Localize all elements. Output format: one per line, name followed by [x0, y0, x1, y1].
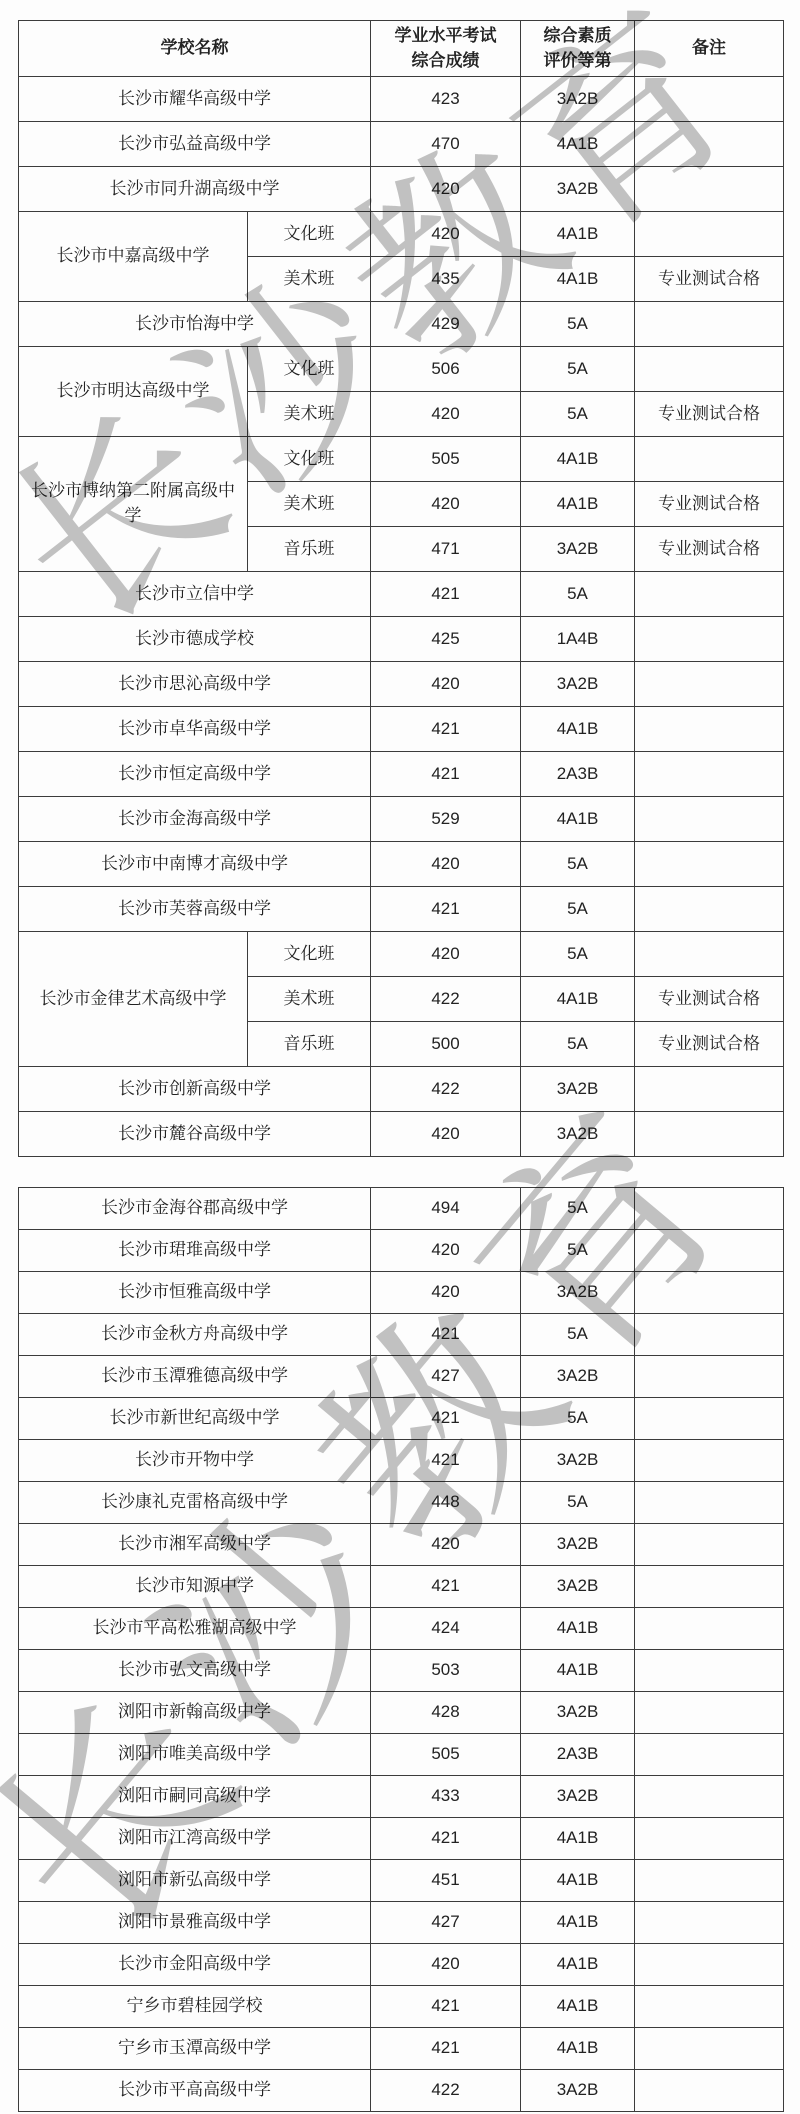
grade-cell: 4A1B — [521, 212, 635, 257]
remark-cell — [635, 347, 784, 392]
header-row: 学校名称 学业水平考试综合成绩 综合素质评价等第 备注 — [19, 21, 784, 77]
score-cell: 505 — [371, 1734, 521, 1776]
remark-cell: 专业测试合格 — [635, 1022, 784, 1067]
header-grade-line2: 评价等第 — [544, 51, 612, 70]
remark-cell — [635, 2070, 784, 2112]
remark-cell — [635, 1818, 784, 1860]
grade-cell: 5A — [521, 1022, 635, 1067]
table-row: 浏阳市新弘高级中学4514A1B — [19, 1860, 784, 1902]
score-cell: 421 — [371, 1986, 521, 2028]
grade-cell: 5A — [521, 887, 635, 932]
grade-cell: 4A1B — [521, 1818, 635, 1860]
score-cell: 420 — [371, 1112, 521, 1157]
remark-cell — [635, 1067, 784, 1112]
table-row: 宁乡市玉潭高级中学4214A1B — [19, 2028, 784, 2070]
remark-cell — [635, 2028, 784, 2070]
school-name-cell: 长沙市中南博才高级中学 — [19, 842, 371, 887]
remark-cell — [635, 1608, 784, 1650]
admission-results-table-2: 长沙市金海谷郡高级中学4945A长沙市珺琟高级中学4205A长沙市恒雅高级中学4… — [18, 1187, 784, 2112]
school-name-cell: 长沙市弘益高级中学 — [19, 122, 371, 167]
table-row: 长沙市金海谷郡高级中学4945A — [19, 1188, 784, 1230]
score-cell: 427 — [371, 1902, 521, 1944]
table-row: 长沙市恒定高级中学4212A3B — [19, 752, 784, 797]
score-cell: 506 — [371, 347, 521, 392]
grade-cell: 5A — [521, 347, 635, 392]
class-name-cell: 音乐班 — [248, 1022, 371, 1067]
remark-cell: 专业测试合格 — [635, 527, 784, 572]
table-row: 长沙市恒雅高级中学4203A2B — [19, 1272, 784, 1314]
class-name-cell: 音乐班 — [248, 527, 371, 572]
table-row: 长沙市平高高级中学4223A2B — [19, 2070, 784, 2112]
table-row: 长沙市平高松雅湖高级中学4244A1B — [19, 1608, 784, 1650]
class-name-cell: 美术班 — [248, 482, 371, 527]
grade-cell: 4A1B — [521, 797, 635, 842]
school-name-cell: 长沙市麓谷高级中学 — [19, 1112, 371, 1157]
school-name-cell: 长沙市恒定高级中学 — [19, 752, 371, 797]
score-cell: 503 — [371, 1650, 521, 1692]
score-cell: 421 — [371, 1818, 521, 1860]
grade-cell: 4A1B — [521, 257, 635, 302]
grade-cell: 4A1B — [521, 1650, 635, 1692]
school-name-cell: 长沙市明达高级中学 — [19, 347, 248, 437]
grade-cell: 5A — [521, 392, 635, 437]
grade-cell: 3A2B — [521, 662, 635, 707]
school-name-cell: 长沙市开物中学 — [19, 1440, 371, 1482]
grade-cell: 5A — [521, 932, 635, 977]
score-cell: 433 — [371, 1776, 521, 1818]
table-row: 长沙市博纳第二附属高级中学文化班5054A1B — [19, 437, 784, 482]
class-name-cell: 文化班 — [248, 212, 371, 257]
remark-cell — [635, 212, 784, 257]
table-gap — [0, 1157, 800, 1187]
score-cell: 421 — [371, 1566, 521, 1608]
score-cell: 420 — [371, 1944, 521, 1986]
table-row: 长沙市新世纪高级中学4215A — [19, 1398, 784, 1440]
grade-cell: 4A1B — [521, 1860, 635, 1902]
remark-cell — [635, 1112, 784, 1157]
school-name-cell: 浏阳市唯美高级中学 — [19, 1734, 371, 1776]
header-school-name: 学校名称 — [19, 21, 371, 77]
score-cell: 425 — [371, 617, 521, 662]
score-cell: 420 — [371, 392, 521, 437]
score-cell: 421 — [371, 1398, 521, 1440]
school-name-cell: 浏阳市新翰高级中学 — [19, 1692, 371, 1734]
school-name-cell: 长沙市金海高级中学 — [19, 797, 371, 842]
remark-cell — [635, 572, 784, 617]
school-name-cell: 长沙市金律艺术高级中学 — [19, 932, 248, 1067]
school-name-cell: 长沙市知源中学 — [19, 1566, 371, 1608]
table-row: 宁乡市碧桂园学校4214A1B — [19, 1986, 784, 2028]
remark-cell — [635, 797, 784, 842]
table-row: 浏阳市新翰高级中学4283A2B — [19, 1692, 784, 1734]
remark-cell — [635, 167, 784, 212]
remark-cell — [635, 122, 784, 167]
header-score-line2: 综合成绩 — [412, 51, 480, 70]
header-score-line1: 学业水平考试 — [395, 26, 497, 45]
score-cell: 435 — [371, 257, 521, 302]
table-row: 长沙市创新高级中学4223A2B — [19, 1067, 784, 1112]
grade-cell: 3A2B — [521, 2070, 635, 2112]
score-cell: 422 — [371, 977, 521, 1022]
table-row: 长沙市金秋方舟高级中学4215A — [19, 1314, 784, 1356]
score-cell: 470 — [371, 122, 521, 167]
grade-cell: 3A2B — [521, 527, 635, 572]
table-row: 长沙市中南博才高级中学4205A — [19, 842, 784, 887]
school-name-cell: 长沙市平高高级中学 — [19, 2070, 371, 2112]
table-row: 长沙市弘文高级中学5034A1B — [19, 1650, 784, 1692]
table-row: 长沙市德成学校4251A4B — [19, 617, 784, 662]
remark-cell: 专业测试合格 — [635, 392, 784, 437]
table-row: 长沙市中嘉高级中学文化班4204A1B — [19, 212, 784, 257]
grade-cell: 4A1B — [521, 1986, 635, 2028]
remark-cell — [635, 1524, 784, 1566]
remark-cell — [635, 1188, 784, 1230]
table-row: 浏阳市景雅高级中学4274A1B — [19, 1902, 784, 1944]
remark-cell — [635, 1482, 784, 1524]
class-name-cell: 美术班 — [248, 392, 371, 437]
top-margin — [0, 0, 800, 20]
table-row: 长沙市立信中学4215A — [19, 572, 784, 617]
score-cell: 420 — [371, 662, 521, 707]
table-row: 长沙市金阳高级中学4204A1B — [19, 1944, 784, 1986]
score-cell: 471 — [371, 527, 521, 572]
grade-cell: 3A2B — [521, 1440, 635, 1482]
score-cell: 420 — [371, 167, 521, 212]
remark-cell: 专业测试合格 — [635, 482, 784, 527]
grade-cell: 4A1B — [521, 707, 635, 752]
remark-cell — [635, 1650, 784, 1692]
school-name-cell: 长沙市新世纪高级中学 — [19, 1398, 371, 1440]
remark-cell — [635, 1944, 784, 1986]
school-name-cell: 浏阳市景雅高级中学 — [19, 1902, 371, 1944]
school-name-cell: 浏阳市江湾高级中学 — [19, 1818, 371, 1860]
remark-cell — [635, 1398, 784, 1440]
grade-cell: 4A1B — [521, 437, 635, 482]
page: 长沙教育 长沙教育 学校名称 学业水平考试综合成绩 综合素质评价等第 备注 长沙… — [0, 0, 800, 2114]
grade-cell: 4A1B — [521, 1944, 635, 1986]
score-cell: 421 — [371, 1314, 521, 1356]
score-cell: 421 — [371, 887, 521, 932]
grade-cell: 2A3B — [521, 752, 635, 797]
school-name-cell: 长沙市博纳第二附属高级中学 — [19, 437, 248, 572]
school-name-cell: 长沙市立信中学 — [19, 572, 371, 617]
table-row: 长沙市怡海中学4295A — [19, 302, 784, 347]
score-cell: 422 — [371, 1067, 521, 1112]
table-row: 长沙市卓华高级中学4214A1B — [19, 707, 784, 752]
score-cell: 421 — [371, 2028, 521, 2070]
grade-cell: 3A2B — [521, 1524, 635, 1566]
score-cell: 423 — [371, 77, 521, 122]
grade-cell: 3A2B — [521, 1566, 635, 1608]
score-cell: 424 — [371, 1608, 521, 1650]
score-cell: 451 — [371, 1860, 521, 1902]
school-name-cell: 长沙市珺琟高级中学 — [19, 1230, 371, 1272]
school-name-cell: 长沙市怡海中学 — [19, 302, 371, 347]
remark-cell — [635, 1314, 784, 1356]
remark-cell — [635, 932, 784, 977]
score-cell: 421 — [371, 707, 521, 752]
score-cell: 422 — [371, 2070, 521, 2112]
remark-cell — [635, 1272, 784, 1314]
grade-cell: 5A — [521, 572, 635, 617]
grade-cell: 3A2B — [521, 167, 635, 212]
table-row: 长沙康礼克雷格高级中学4485A — [19, 1482, 784, 1524]
remark-cell — [635, 77, 784, 122]
score-cell: 428 — [371, 1692, 521, 1734]
score-cell: 421 — [371, 572, 521, 617]
score-cell: 420 — [371, 1230, 521, 1272]
grade-cell: 5A — [521, 842, 635, 887]
grade-cell: 5A — [521, 1188, 635, 1230]
remark-cell — [635, 1230, 784, 1272]
header-grade-line1: 综合素质 — [544, 26, 612, 45]
table-row: 长沙市玉潭雅德高级中学4273A2B — [19, 1356, 784, 1398]
table-row: 长沙市珺琟高级中学4205A — [19, 1230, 784, 1272]
grade-cell: 5A — [521, 1482, 635, 1524]
table-2-body: 长沙市金海谷郡高级中学4945A长沙市珺琟高级中学4205A长沙市恒雅高级中学4… — [19, 1188, 784, 2112]
school-name-cell: 宁乡市碧桂园学校 — [19, 1986, 371, 2028]
grade-cell: 5A — [521, 1398, 635, 1440]
score-cell: 494 — [371, 1188, 521, 1230]
table-row: 长沙市湘军高级中学4203A2B — [19, 1524, 784, 1566]
remark-cell: 专业测试合格 — [635, 257, 784, 302]
school-name-cell: 长沙市耀华高级中学 — [19, 77, 371, 122]
grade-cell: 4A1B — [521, 482, 635, 527]
remark-cell — [635, 1356, 784, 1398]
grade-cell: 3A2B — [521, 1692, 635, 1734]
grade-cell: 4A1B — [521, 2028, 635, 2070]
school-name-cell: 长沙市创新高级中学 — [19, 1067, 371, 1112]
table-row: 长沙市金律艺术高级中学文化班4205A — [19, 932, 784, 977]
grade-cell: 3A2B — [521, 1272, 635, 1314]
remark-cell — [635, 437, 784, 482]
remark-cell — [635, 1860, 784, 1902]
school-name-cell: 长沙市玉潭雅德高级中学 — [19, 1356, 371, 1398]
grade-cell: 3A2B — [521, 1356, 635, 1398]
remark-cell: 专业测试合格 — [635, 977, 784, 1022]
header-remark: 备注 — [635, 21, 784, 77]
table-row: 浏阳市嗣同高级中学4333A2B — [19, 1776, 784, 1818]
remark-cell — [635, 842, 784, 887]
grade-cell: 4A1B — [521, 1902, 635, 1944]
grade-cell: 4A1B — [521, 1608, 635, 1650]
score-cell: 505 — [371, 437, 521, 482]
school-name-cell: 长沙市弘文高级中学 — [19, 1650, 371, 1692]
table-1-body: 长沙市耀华高级中学4233A2B长沙市弘益高级中学4704A1B长沙市同升湖高级… — [19, 77, 784, 1157]
remark-cell — [635, 752, 784, 797]
remark-cell — [635, 1734, 784, 1776]
score-cell: 529 — [371, 797, 521, 842]
grade-cell: 1A4B — [521, 617, 635, 662]
table-row: 长沙市知源中学4213A2B — [19, 1566, 784, 1608]
score-cell: 420 — [371, 212, 521, 257]
header-remark-label: 备注 — [692, 38, 726, 57]
score-cell: 420 — [371, 1524, 521, 1566]
school-name-cell: 长沙市中嘉高级中学 — [19, 212, 248, 302]
table-row: 长沙市耀华高级中学4233A2B — [19, 77, 784, 122]
grade-cell: 4A1B — [521, 977, 635, 1022]
school-name-cell: 长沙市平高松雅湖高级中学 — [19, 1608, 371, 1650]
score-cell: 420 — [371, 932, 521, 977]
class-name-cell: 文化班 — [248, 437, 371, 482]
remark-cell — [635, 617, 784, 662]
grade-cell: 5A — [521, 302, 635, 347]
score-cell: 429 — [371, 302, 521, 347]
score-cell: 448 — [371, 1482, 521, 1524]
school-name-cell: 浏阳市嗣同高级中学 — [19, 1776, 371, 1818]
remark-cell — [635, 1986, 784, 2028]
remark-cell — [635, 1440, 784, 1482]
score-cell: 420 — [371, 1272, 521, 1314]
table-row: 长沙市明达高级中学文化班5065A — [19, 347, 784, 392]
school-name-cell: 长沙康礼克雷格高级中学 — [19, 1482, 371, 1524]
class-name-cell: 美术班 — [248, 257, 371, 302]
remark-cell — [635, 1692, 784, 1734]
grade-cell: 3A2B — [521, 1112, 635, 1157]
header-quality-grade: 综合素质评价等第 — [521, 21, 635, 77]
table-row: 浏阳市唯美高级中学5052A3B — [19, 1734, 784, 1776]
class-name-cell: 文化班 — [248, 932, 371, 977]
table-row: 长沙市芙蓉高级中学4215A — [19, 887, 784, 932]
school-name-cell: 长沙市金海谷郡高级中学 — [19, 1188, 371, 1230]
table-row: 长沙市思沁高级中学4203A2B — [19, 662, 784, 707]
class-name-cell: 文化班 — [248, 347, 371, 392]
school-name-cell: 长沙市芙蓉高级中学 — [19, 887, 371, 932]
admission-results-table-1: 学校名称 学业水平考试综合成绩 综合素质评价等第 备注 长沙市耀华高级中学423… — [18, 20, 784, 1157]
grade-cell: 2A3B — [521, 1734, 635, 1776]
remark-cell — [635, 1566, 784, 1608]
remark-cell — [635, 662, 784, 707]
score-cell: 421 — [371, 1440, 521, 1482]
school-name-cell: 长沙市恒雅高级中学 — [19, 1272, 371, 1314]
table-row: 长沙市同升湖高级中学4203A2B — [19, 167, 784, 212]
school-name-cell: 长沙市金秋方舟高级中学 — [19, 1314, 371, 1356]
grade-cell: 5A — [521, 1230, 635, 1272]
grade-cell: 3A2B — [521, 77, 635, 122]
remark-cell — [635, 302, 784, 347]
remark-cell — [635, 887, 784, 932]
grade-cell: 5A — [521, 1314, 635, 1356]
remark-cell — [635, 707, 784, 752]
school-name-cell: 长沙市金阳高级中学 — [19, 1944, 371, 1986]
score-cell: 427 — [371, 1356, 521, 1398]
school-name-cell: 宁乡市玉潭高级中学 — [19, 2028, 371, 2070]
school-name-cell: 长沙市德成学校 — [19, 617, 371, 662]
score-cell: 420 — [371, 842, 521, 887]
score-cell: 421 — [371, 752, 521, 797]
table-row: 浏阳市江湾高级中学4214A1B — [19, 1818, 784, 1860]
table-row: 长沙市金海高级中学5294A1B — [19, 797, 784, 842]
school-name-cell: 浏阳市新弘高级中学 — [19, 1860, 371, 1902]
school-name-cell: 长沙市湘军高级中学 — [19, 1524, 371, 1566]
school-name-cell: 长沙市同升湖高级中学 — [19, 167, 371, 212]
remark-cell — [635, 1776, 784, 1818]
school-name-cell: 长沙市卓华高级中学 — [19, 707, 371, 752]
score-cell: 500 — [371, 1022, 521, 1067]
table-row: 长沙市开物中学4213A2B — [19, 1440, 784, 1482]
grade-cell: 3A2B — [521, 1776, 635, 1818]
header-exam-score: 学业水平考试综合成绩 — [371, 21, 521, 77]
grade-cell: 3A2B — [521, 1067, 635, 1112]
table-row: 长沙市弘益高级中学4704A1B — [19, 122, 784, 167]
grade-cell: 4A1B — [521, 122, 635, 167]
class-name-cell: 美术班 — [248, 977, 371, 1022]
table-row: 长沙市麓谷高级中学4203A2B — [19, 1112, 784, 1157]
school-name-cell: 长沙市思沁高级中学 — [19, 662, 371, 707]
header-school-label: 学校名称 — [161, 38, 229, 57]
table-header: 学校名称 学业水平考试综合成绩 综合素质评价等第 备注 — [19, 21, 784, 77]
score-cell: 420 — [371, 482, 521, 527]
remark-cell — [635, 1902, 784, 1944]
